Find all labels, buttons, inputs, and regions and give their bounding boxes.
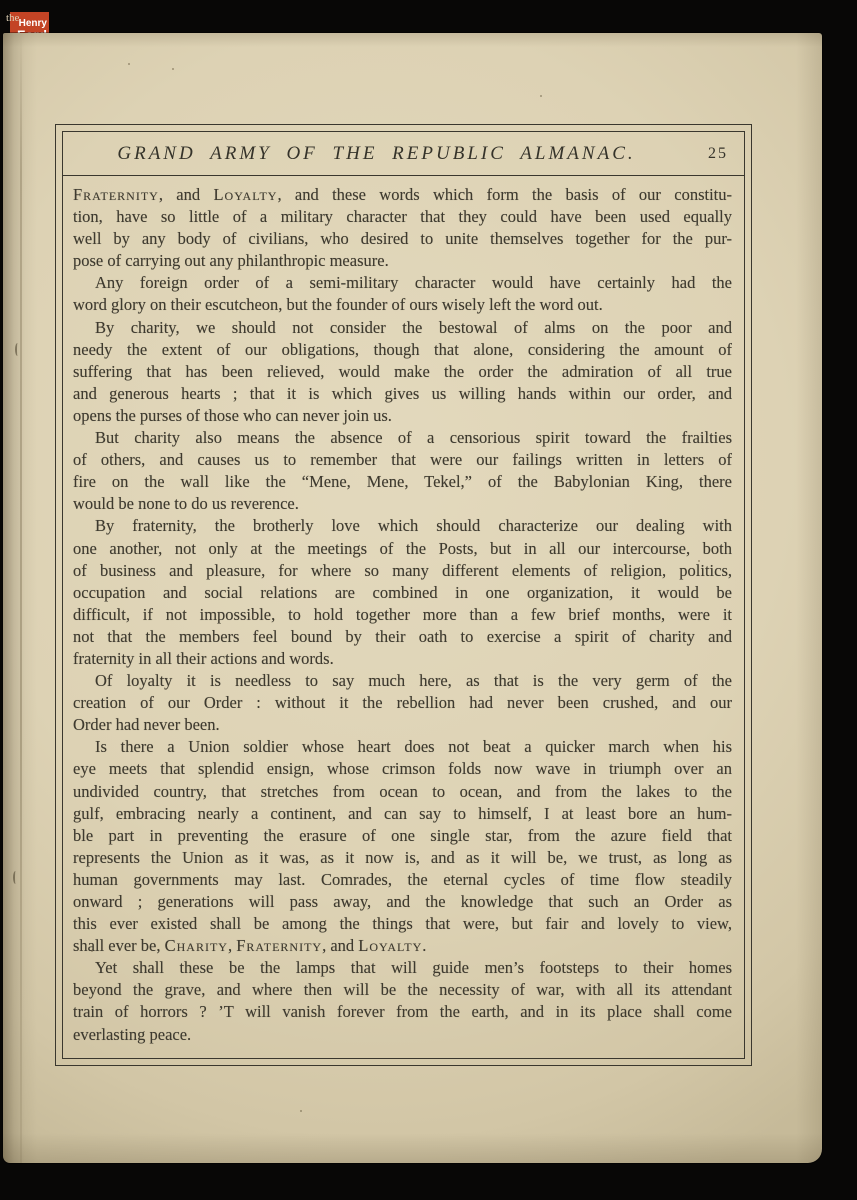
text-line: this ever existed shall be among the thi… [73,913,732,935]
text-line: one another, not only at the meetings of… [73,538,732,560]
page-edge-mark [13,871,18,884]
text-line: occupation and social relations are comb… [73,582,732,604]
page-border-frame: GRAND ARMY OF THE REPUBLIC ALMANAC. 25 F… [55,124,752,1066]
text-line: tion, have so little of a military chara… [73,206,732,228]
text-segment: , and [322,936,358,955]
text-line: shall ever be, Charity, Fraternity, and … [73,935,732,957]
book-page: GRAND ARMY OF THE REPUBLIC ALMANAC. 25 F… [3,33,822,1163]
text-line: ble part in preventing the erasure of on… [73,825,732,847]
text-line: needy the extent of our obligations, tho… [73,339,732,361]
text-line: beyond the grave, and where then will be… [73,979,732,1001]
text-line: eye meets that splendid ensign, whose cr… [73,758,732,780]
text-line: onward ; generations will pass away, and… [73,891,732,913]
text-line: represents the Union as it was, as it no… [73,847,732,869]
text-segment: , and these words which form the basis o… [277,185,732,204]
text-line: fraternity in all their actions and word… [73,648,732,670]
text-line: Is there a Union soldier whose heart doe… [73,736,732,758]
paragraph: But charity also means the absence of a … [73,427,732,515]
text-segment: , [228,936,236,955]
running-head: GRAND ARMY OF THE REPUBLIC ALMANAC. 25 [63,132,744,176]
paragraph: By fraternity, the brotherly love which … [73,515,732,670]
small-caps-text: Loyalty [213,185,277,204]
page-title: GRAND ARMY OF THE REPUBLIC ALMANAC. [63,143,690,165]
logo-word-the: the [6,12,19,24]
small-caps-text: Fraternity [73,185,159,204]
paragraph: Yet shall these be the lamps that will g… [73,957,732,1045]
small-caps-text: Charity [165,936,228,955]
paragraph: Any foreign order of a semi-military cha… [73,272,732,316]
scanned-book-page-viewer: { "branding": { "logo": { "the": "the", … [0,0,857,1200]
text-line: word glory on their escutcheon, but the … [73,294,732,316]
paragraph: Fraternity, and Loyalty, and these words… [73,184,732,272]
text-line: Order had never been. [73,714,732,736]
text-line: difficult, if not impossible, to hold to… [73,604,732,626]
text-line: well by any body of civilians, who desir… [73,228,732,250]
text-line: pose of carrying out any philanthropic m… [73,250,732,272]
text-line: By fraternity, the brotherly love which … [73,515,732,537]
text-segment: . [422,936,426,955]
text-segment: , and [159,185,214,204]
paper-speck [300,1110,302,1112]
text-line: train of horrors ? ’T will vanish foreve… [73,1001,732,1023]
text-line: of others, and causes us to remember tha… [73,449,732,471]
text-line: everlasting peace. [73,1024,732,1046]
text-line: Of loyalty it is needless to say much he… [73,670,732,692]
page-body: Fraternity, and Loyalty, and these words… [63,176,744,1058]
page-gutter-crease [20,33,22,1163]
paper-speck [128,63,130,65]
paragraph: Of loyalty it is needless to say much he… [73,670,732,736]
text-line: and generous hearts ; that it is which g… [73,383,732,405]
paragraph: By charity, we should not consider the b… [73,317,732,427]
text-line: By charity, we should not consider the b… [73,317,732,339]
text-line: Any foreign order of a semi-military cha… [73,272,732,294]
text-line: suffering that has been relieved, would … [73,361,732,383]
text-line: gulf, embracing nearly a continent, and … [73,803,732,825]
text-line: creation of our Order : without it the r… [73,692,732,714]
small-caps-text: Fraternity [236,936,322,955]
text-line: would be none to do us reverence. [73,493,732,515]
text-line: Fraternity, and Loyalty, and these words… [73,184,732,206]
small-caps-text: Loyalty [358,936,422,955]
paper-speck [540,95,542,97]
page-number: 25 [708,145,728,163]
paper-speck [172,68,174,70]
text-line: But charity also means the absence of a … [73,427,732,449]
text-line: opens the purses of those who can never … [73,405,732,427]
text-line: fire on the wall like the “Mene, Mene, T… [73,471,732,493]
page-border-frame-inner: GRAND ARMY OF THE REPUBLIC ALMANAC. 25 F… [62,131,745,1059]
text-line: Yet shall these be the lamps that will g… [73,957,732,979]
text-line: not that the members feel bound by their… [73,626,732,648]
text-line: human governments may last. Comrades, th… [73,869,732,891]
text-line: undivided country, that stretches from o… [73,781,732,803]
page-edge-mark [15,343,20,356]
text-line: of business and pleasure, for where so m… [73,560,732,582]
text-segment: shall ever be, [73,936,165,955]
paragraph: Is there a Union soldier whose heart doe… [73,736,732,957]
